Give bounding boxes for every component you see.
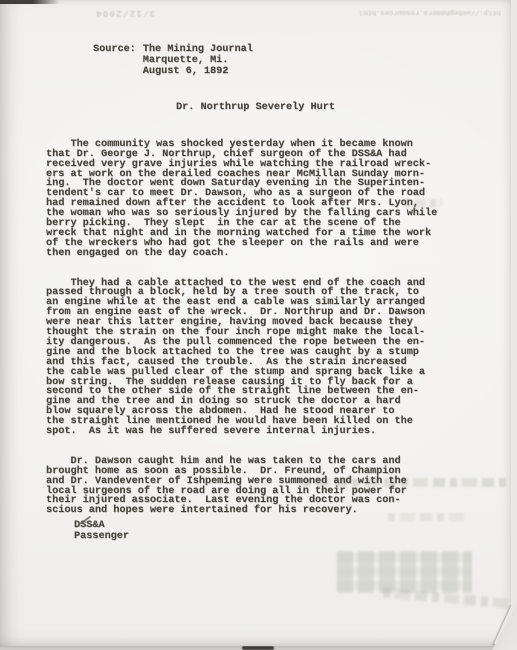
article-title: Dr. Northrup Severely Hurt <box>176 102 335 113</box>
scan-top-edge-artifact <box>0 0 60 4</box>
source-label: Source: <box>93 45 136 77</box>
source-value: The Mining Journal Marquette, Mi. August… <box>143 45 253 77</box>
footer-annotation: DSS&A Passenger <box>74 520 129 542</box>
paper-sheet: 3/12/2004 http://webephemera.resources.h… <box>0 0 511 646</box>
article-body: The community was shocked yesterday when… <box>46 120 437 536</box>
article-paragraph-3: Dr. Dawson caught him and he was taken t… <box>46 457 437 516</box>
bleedthrough-table-smear <box>337 551 472 593</box>
source-block: Source: The Mining Journal Marquette, Mi… <box>93 45 253 77</box>
typewriter-erasure-smudge <box>404 199 442 208</box>
bleedthrough-url-text: http://webephemera.resources.html <box>359 8 501 16</box>
article-paragraph-1: The community was shocked yesterday when… <box>46 140 437 259</box>
article-paragraph-2: They had a cable attached to the west en… <box>46 279 437 438</box>
bleedthrough-date-text: 3/12/2004 <box>95 8 155 19</box>
scanned-document-page: 3/12/2004 http://webephemera.resources.h… <box>0 0 517 650</box>
scan-edge-blotch <box>242 646 274 650</box>
